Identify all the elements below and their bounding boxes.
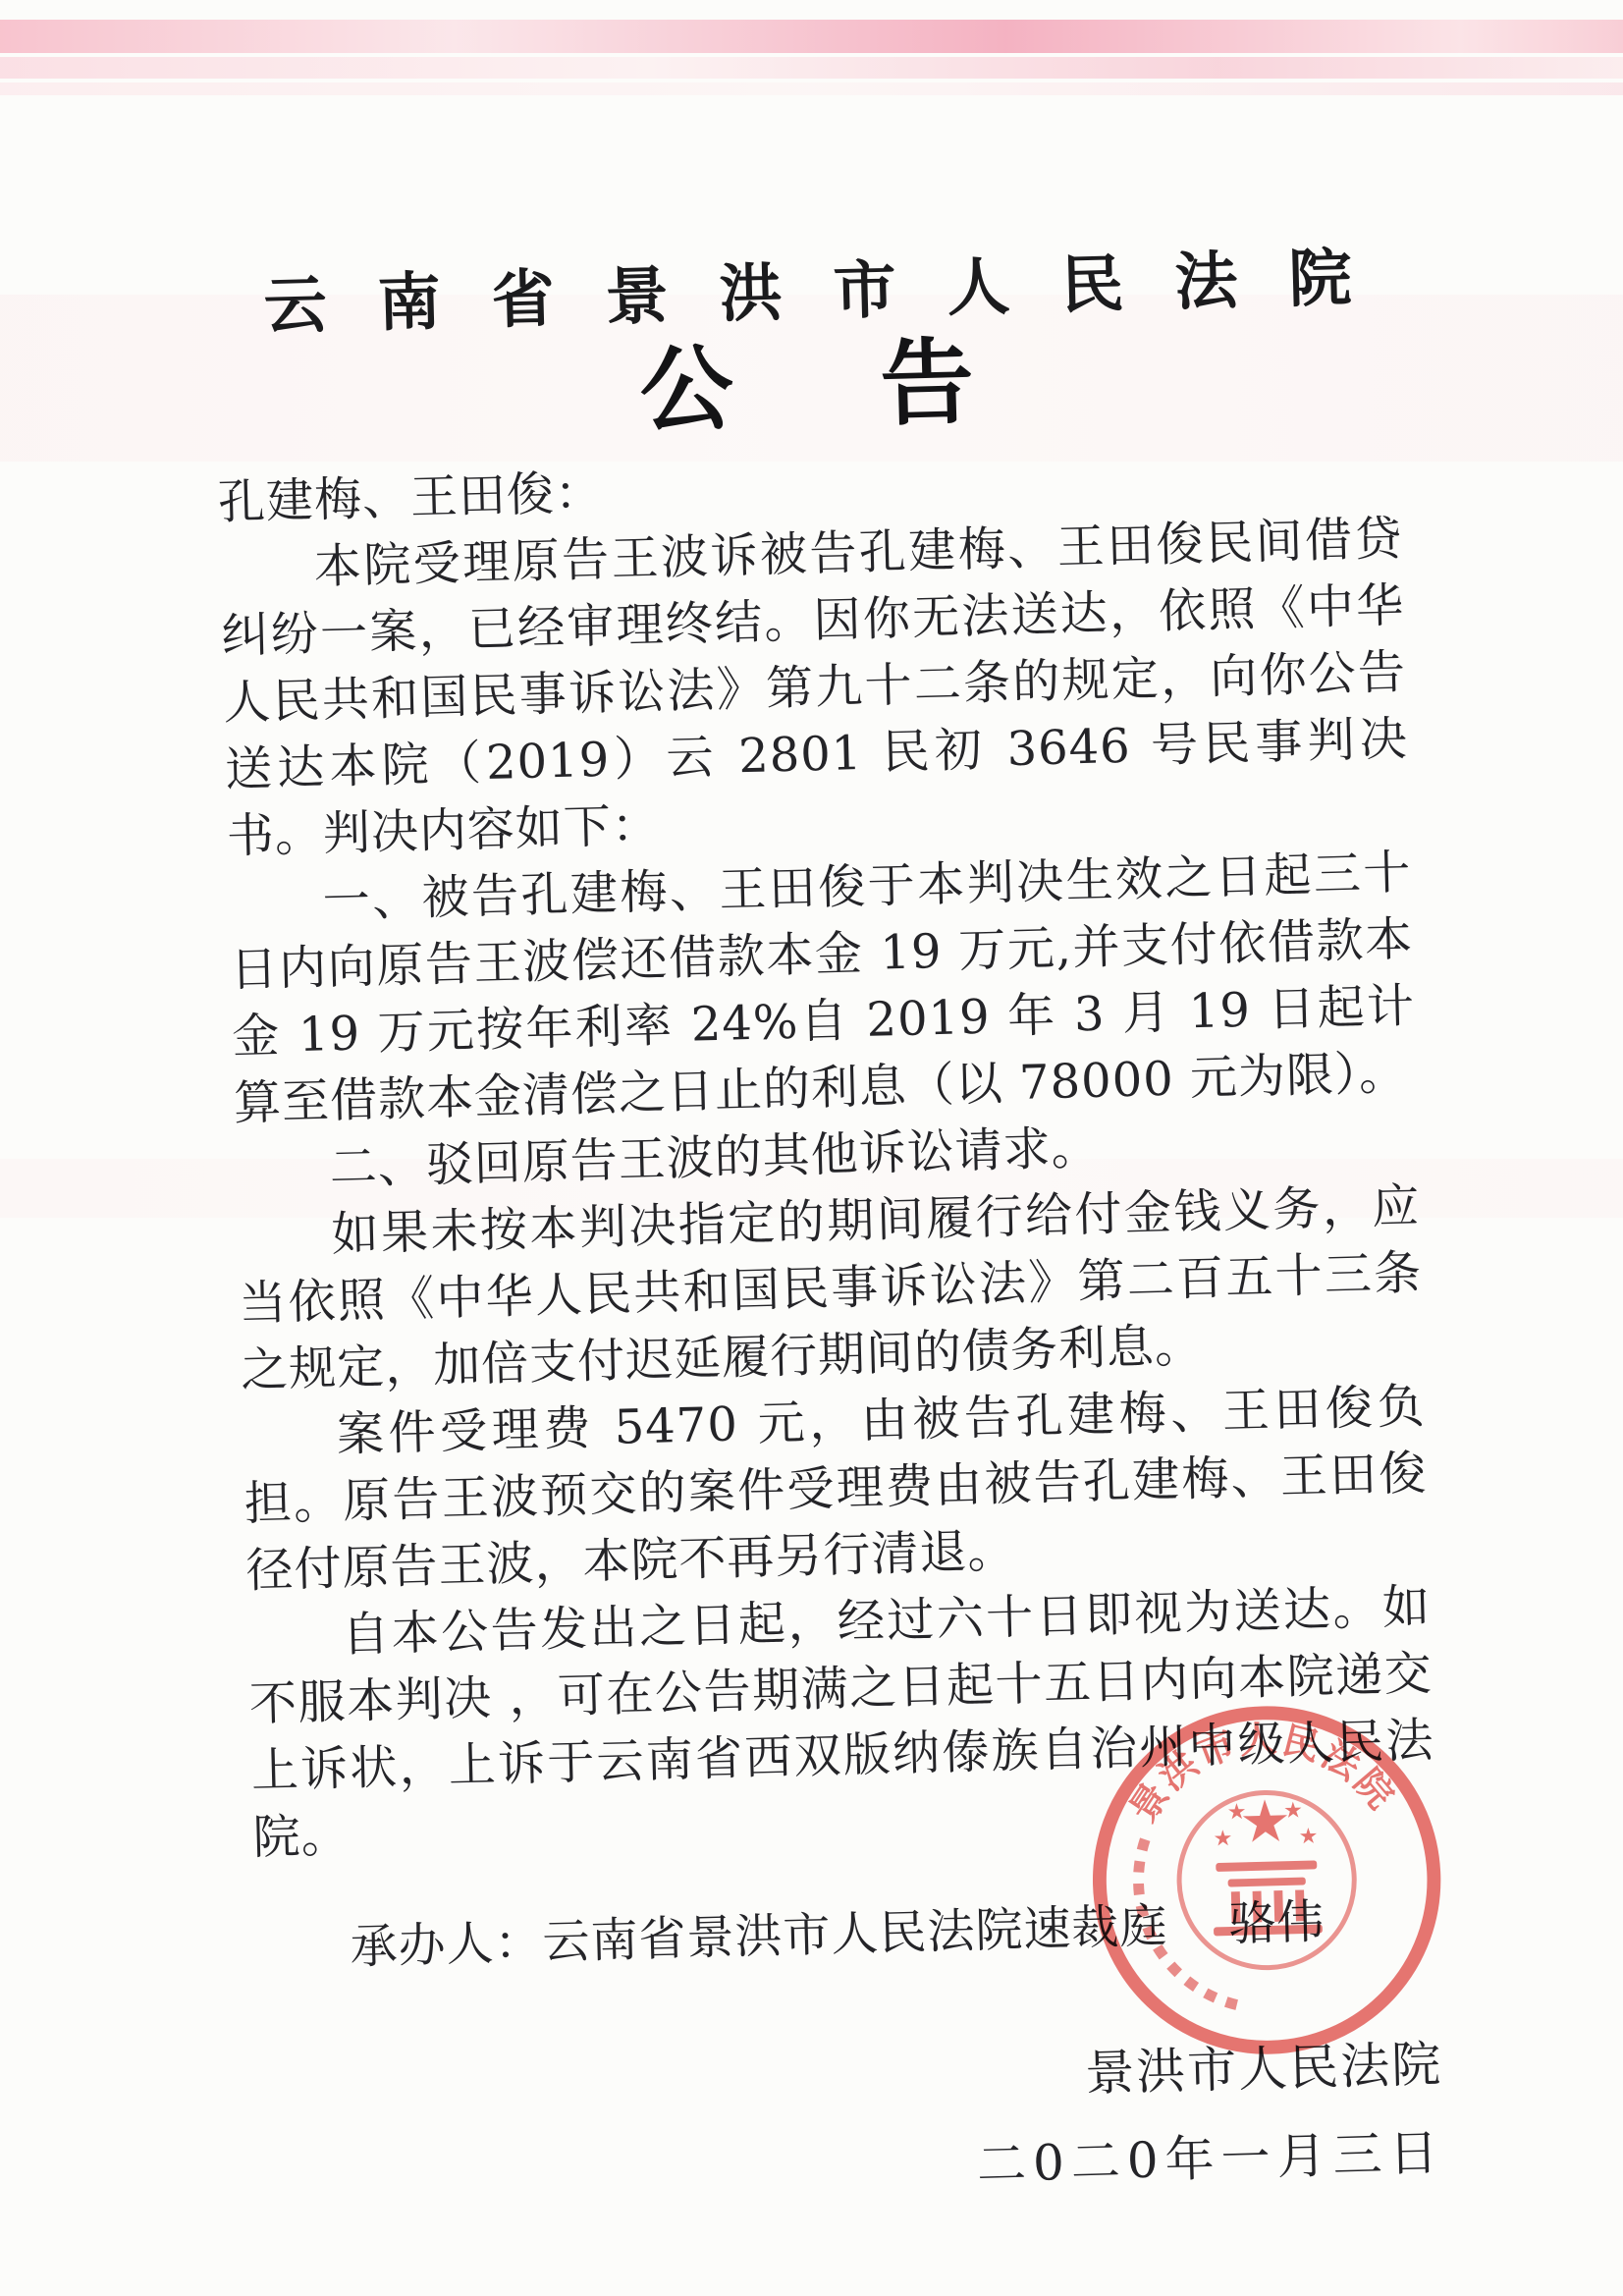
handler-name: 骆伟 [1228,1894,1325,1952]
court-title: 云南省景洪市人民法院 [212,246,1396,342]
scan-artifact-streak [0,82,1623,95]
signature-date: 二0二0年一月三日 [261,2119,1445,2217]
paragraph-enforcement: 如果未按本判决指定的期间履行给付金钱义务，应当依照《中华人民共和国民事诉讼法》第… [237,1173,1425,1403]
handler-label: 承办人：云南省景洪市人民法院速裁庭 [350,1898,1168,1975]
signature-court-name: 景洪市人民法院 [259,2031,1443,2129]
paragraph-court-fees: 案件受理费 5470 元，由被告孔建梅、王田俊负担。原告王波预交的案件受理费由被… [242,1373,1430,1604]
signature-block: 景洪市人民法院 二0二0年一月三日 [259,2031,1446,2216]
paragraph-case-summary: 本院受理原告王波诉被告孔建梅、王田俊民间借贷纠纷一案，已经审理终结。因你无法送达… [219,505,1410,869]
document-content: 云南省景洪市人民法院 公告 孔建梅、王田俊： 本院受理原告王波诉被告孔建梅、王田… [212,246,1445,2217]
notice-body: 孔建梅、王田俊： 本院受理原告王波诉被告孔建梅、王田俊民间借贷纠纷一案，已经审理… [217,438,1436,1871]
notice-title: 公告 [214,326,1399,451]
scanned-court-notice-page: 云南省景洪市人民法院 公告 孔建梅、王田俊： 本院受理原告王波诉被告孔建梅、王田… [0,0,1623,2296]
handler-line: 承办人：云南省景洪市人民法院速裁庭骆伟 [255,1886,1439,1984]
scan-artifact-streak [0,20,1623,53]
paragraph-judgment-item-1: 一、被告孔建梅、王田俊于本判决生效之日起三十日内向原告王波偿还借款本金 19 万… [228,839,1418,1136]
paragraph-service-and-appeal: 自本公告发出之日起，经过六十日即视为送达。如不服本判决 ，可在公告期满之日起十五… [246,1573,1436,1871]
scan-artifact-streak [0,57,1623,79]
